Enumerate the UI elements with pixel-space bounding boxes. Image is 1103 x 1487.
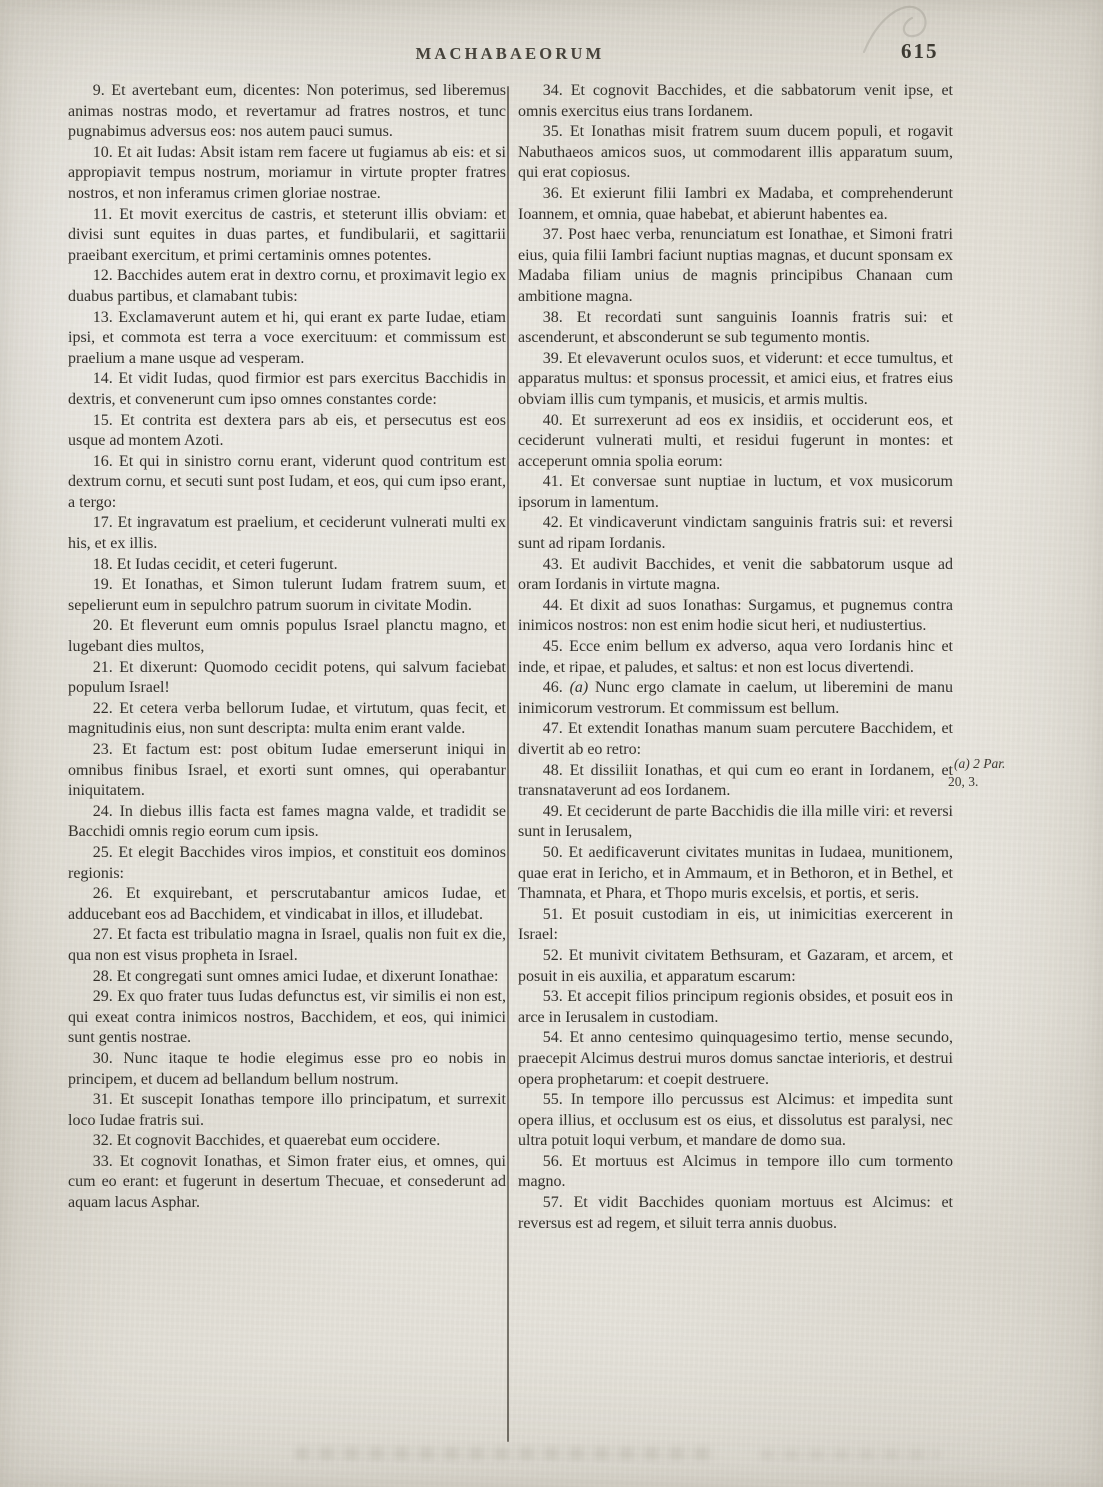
- verse-43: 43. Et audivit Bacchides, et venit die s…: [518, 555, 953, 596]
- verse-number: 34.: [543, 82, 563, 99]
- verse-number: 32.: [93, 1132, 113, 1149]
- verse-47: 47. Et extendit Ionathas manum suam perc…: [518, 719, 953, 760]
- verse-number: 25.: [93, 844, 113, 861]
- verse-15: 15. Et contrita est dextera pars ab eis,…: [68, 411, 506, 452]
- verse-37: 37. Post haec verba, renunciatum est Ion…: [518, 225, 953, 307]
- verse-39: 39. Et elevaverunt oculos suos, et vider…: [518, 349, 953, 411]
- verse-number: 55.: [543, 1091, 563, 1108]
- right-text-column: 34. Et cognovit Bacchides, et die sabbat…: [518, 81, 953, 1234]
- verse-number: 52.: [543, 947, 563, 964]
- verse-number: 10.: [93, 144, 113, 161]
- verse-34: 34. Et cognovit Bacchides, et die sabbat…: [518, 81, 953, 122]
- verse-number: 23.: [93, 741, 113, 758]
- verse-number: 40.: [543, 412, 563, 429]
- verse-number: 53.: [543, 988, 563, 1005]
- verse-17: 17. Et ingravatum est praelium, et cecid…: [68, 513, 506, 554]
- verse-51: 51. Et posuit custodiam in eis, ut inimi…: [518, 905, 953, 946]
- verse-number: 19.: [93, 576, 113, 593]
- show-through-smudge: [295, 1447, 715, 1460]
- left-text-column: 9. Et avertebant eum, dicentes: Non pote…: [68, 81, 506, 1214]
- verse-57: 57. Et vidit Bacchides quoniam mortuus e…: [518, 1193, 953, 1234]
- verse-number: 18.: [93, 556, 113, 573]
- verse-number: 22.: [93, 700, 113, 717]
- verse-number: 14.: [93, 370, 113, 387]
- verse-22: 22. Et cetera verba bellorum Iudae, et v…: [68, 699, 506, 740]
- verse-number: 13.: [93, 309, 113, 326]
- verse-number: 56.: [543, 1153, 563, 1170]
- verse-number: 9.: [93, 82, 105, 99]
- verse-number: 44.: [543, 597, 563, 614]
- verse-52: 52. Et munivit civitatem Bethsuram, et G…: [518, 946, 953, 987]
- verse-49: 49. Et ceciderunt de parte Bacchidis die…: [518, 802, 953, 843]
- verse-41: 41. Et conversae sunt nuptiae in luctum,…: [518, 472, 953, 513]
- verse-55: 55. In tempore illo percussus est Alcimu…: [518, 1090, 953, 1152]
- verse-number: 38.: [543, 309, 563, 326]
- verse-11: 11. Et movit exercitus de castris, et st…: [68, 205, 506, 267]
- verse-number: 17.: [93, 514, 113, 531]
- verse-number: 51.: [543, 906, 563, 923]
- verse-31: 31. Et suscepit Ionathas tempore illo pr…: [68, 1090, 506, 1131]
- verse-number: 46.: [543, 679, 563, 696]
- verse-number: 27.: [93, 926, 113, 943]
- verse-number: 45.: [543, 638, 563, 655]
- margin-note-line2: 20, 3.: [948, 773, 1098, 791]
- verse-33: 33. Et cognovit Ionathas, et Simon frate…: [68, 1152, 506, 1214]
- verse-number: 41.: [543, 473, 563, 490]
- verse-number: 33.: [93, 1153, 113, 1170]
- footnote-marker: (a): [570, 679, 589, 696]
- verse-23: 23. Et factum est: post obitum Iudae eme…: [68, 740, 506, 802]
- verse-number: 16.: [93, 453, 113, 470]
- verse-number: 57.: [543, 1194, 563, 1211]
- verse-14: 14. Et vidit Iudas, quod firmior est par…: [68, 369, 506, 410]
- verse-number: 29.: [93, 988, 113, 1005]
- verse-45: 45. Ecce enim bellum ex adverso, aqua ve…: [518, 637, 953, 678]
- verse-number: 37.: [543, 226, 563, 243]
- verse-18: 18. Et Iudas cecidit, et ceteri fugerunt…: [68, 555, 506, 576]
- verse-32: 32. Et cognovit Bacchides, et quaerebat …: [68, 1131, 506, 1152]
- verse-10: 10. Et ait Iudas: Absit istam rem facere…: [68, 143, 506, 205]
- running-head: MACHABAEORUM: [68, 44, 952, 64]
- verse-number: 21.: [93, 659, 113, 676]
- column-divider-rule: [507, 86, 509, 1442]
- verse-number: 15.: [93, 412, 113, 429]
- verse-26: 26. Et exquirebant, et perscrutabantur a…: [68, 884, 506, 925]
- verse-42: 42. Et vindicaverunt vindictam sanguinis…: [518, 513, 953, 554]
- verse-number: 26.: [93, 885, 113, 902]
- verse-13: 13. Exclamaverunt autem et hi, qui erant…: [68, 308, 506, 370]
- verse-number: 28.: [93, 968, 113, 985]
- verse-48: 48. Et dissiliit Ionathas, et qui cum eo…: [518, 761, 953, 802]
- verse-35: 35. Et Ionathas misit fratrem suum ducem…: [518, 122, 953, 184]
- page-number: 615: [901, 39, 961, 64]
- verse-number: 20.: [93, 617, 113, 634]
- verse-46: 46. (a) Nunc ergo clamate in caelum, ut …: [518, 678, 953, 719]
- verse-21: 21. Et dixerunt: Quomodo cecidit potens,…: [68, 658, 506, 699]
- verse-number: 24.: [93, 803, 113, 820]
- verse-number: 49.: [543, 803, 563, 820]
- verse-24: 24. In diebus illis facta est fames magn…: [68, 802, 506, 843]
- verse-number: 50.: [543, 844, 563, 861]
- verse-36: 36. Et exierunt filii Iambri ex Madaba, …: [518, 184, 953, 225]
- verse-50: 50. Et aedificaverunt civitates munitas …: [518, 843, 953, 905]
- verse-28: 28. Et congregati sunt omnes amici Iudae…: [68, 967, 506, 988]
- verse-20: 20. Et fleverunt eum omnis populus Israe…: [68, 616, 506, 657]
- verse-number: 43.: [543, 556, 563, 573]
- verse-number: 31.: [93, 1091, 113, 1108]
- verse-54: 54. Et anno centesimo quinquagesimo tert…: [518, 1028, 953, 1090]
- margin-footnote-reference: (a) 2 Par. 20, 3.: [948, 755, 1098, 791]
- verse-12: 12. Bacchides autem erat in dextro cornu…: [68, 266, 506, 307]
- verse-9: 9. Et avertebant eum, dicentes: Non pote…: [68, 81, 506, 143]
- verse-number: 12.: [93, 267, 113, 284]
- verse-number: 30.: [93, 1050, 113, 1067]
- verse-number: 39.: [543, 350, 563, 367]
- verse-25: 25. Et elegit Bacchides viros impios, et…: [68, 843, 506, 884]
- verse-44: 44. Et dixit ad suos Ionathas: Surgamus,…: [518, 596, 953, 637]
- verse-number: 54.: [543, 1029, 563, 1046]
- verse-number: 11.: [93, 206, 112, 223]
- verse-number: 42.: [543, 514, 563, 531]
- verse-56: 56. Et mortuus est Alcimus in tempore il…: [518, 1152, 953, 1193]
- verse-number: 47.: [543, 720, 563, 737]
- verse-30: 30. Nunc itaque te hodie elegimus esse p…: [68, 1049, 506, 1090]
- verse-27: 27. Et facta est tribulatio magna in Isr…: [68, 925, 506, 966]
- verse-53: 53. Et accepit filios principum regionis…: [518, 987, 953, 1028]
- show-through-smudge: [760, 1449, 940, 1460]
- verse-29: 29. Ex quo frater tuus Iudas defunctus e…: [68, 987, 506, 1049]
- verse-number: 35.: [543, 123, 563, 140]
- verse-38: 38. Et recordati sunt sanguinis Ioannis …: [518, 308, 953, 349]
- scanned-book-page: MACHABAEORUM 615 9. Et avertebant eum, d…: [0, 0, 1103, 1487]
- verse-number: 36.: [543, 185, 563, 202]
- margin-note-line1: (a) 2 Par.: [948, 755, 1098, 773]
- verse-19: 19. Et Ionathas, et Simon tulerunt Iudam…: [68, 575, 506, 616]
- verse-number: 48.: [543, 762, 563, 779]
- verse-40: 40. Et surrexerunt ad eos ex insidiis, e…: [518, 411, 953, 473]
- verse-16: 16. Et qui in sinistro cornu erant, vide…: [68, 452, 506, 514]
